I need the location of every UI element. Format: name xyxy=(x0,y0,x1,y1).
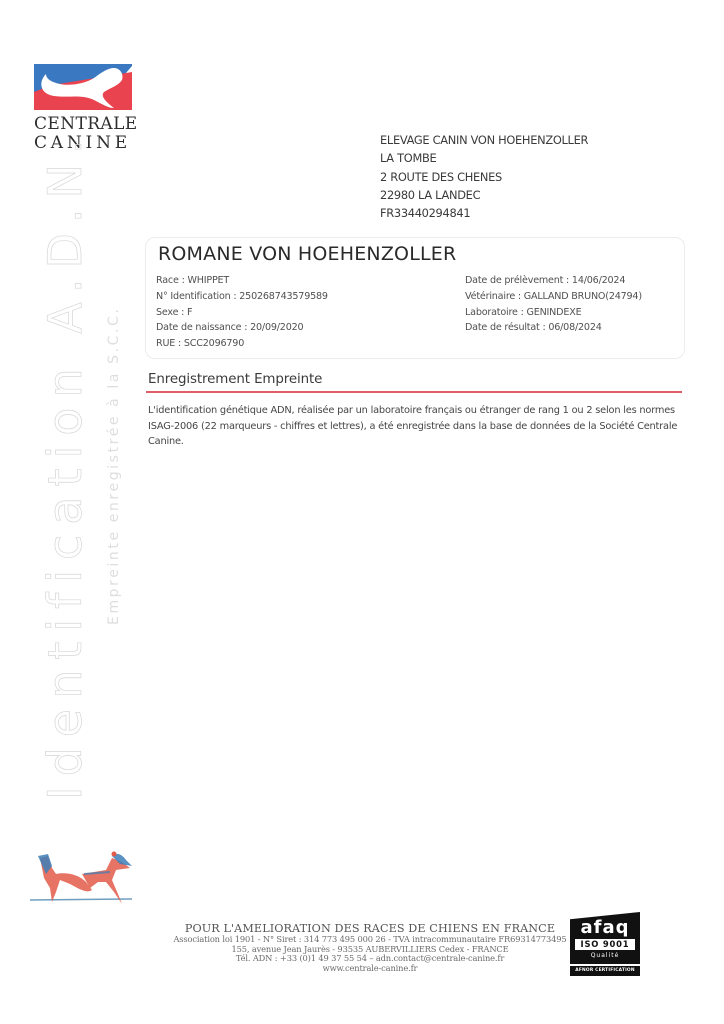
recipient-address: ELEVAGE CANIN VON HOEHENZOLLER LA TOMBE … xyxy=(380,131,588,222)
detail-date-resultat: Date de résultat : 06/08/2024 xyxy=(465,320,642,336)
detail-rue: RUE : SCC2096790 xyxy=(156,336,328,352)
detail-value: SCC2096790 xyxy=(184,338,244,349)
detail-label: N° Identification xyxy=(156,291,231,302)
detail-identification: N° Identification : 250268743579589 xyxy=(156,289,328,305)
detail-value: F xyxy=(187,307,192,318)
dog-details-right: Date de prélèvement : 14/06/2024 Vétérin… xyxy=(465,273,642,336)
iso-standard: ISO 9001 xyxy=(575,939,635,950)
dog-details-left: Race : WHIPPET N° Identification : 25026… xyxy=(156,273,328,352)
afaq-logo: afaq xyxy=(570,917,640,938)
detail-value: 20/09/2020 xyxy=(250,322,303,333)
detail-label: Laboratoire xyxy=(465,307,518,318)
address-line: LA TOMBE xyxy=(380,149,588,167)
leaping-dog-logo-icon xyxy=(34,64,132,110)
address-line: ELEVAGE CANIN VON HOEHENZOLLER xyxy=(380,131,588,149)
detail-label: Date de résultat xyxy=(465,322,540,333)
detail-value: GENINDEXE xyxy=(526,307,581,318)
detail-label: Date de naissance xyxy=(156,322,241,333)
dog-name: ROMANE VON HOEHENZOLLER xyxy=(158,243,456,265)
detail-value: WHIPPET xyxy=(187,275,229,286)
detail-sexe: Sexe : F xyxy=(156,305,328,321)
watermark-identification-adn: Identification A.D.N. xyxy=(38,160,92,800)
dog-details-card: ROMANE VON HOEHENZOLLER Race : WHIPPET N… xyxy=(145,237,685,359)
detail-label: RUE xyxy=(156,338,175,349)
afaq-iso-9001-badge: afaq ISO 9001 Qualité AFNOR CERTIFICATIO… xyxy=(570,912,640,976)
watermark-empreinte-enregistree: Empreinte enregistrée à la S.C.C. xyxy=(106,306,122,625)
detail-date-naissance: Date de naissance : 20/09/2020 xyxy=(156,320,328,336)
footer-contact: POUR L'AMELIORATION DES RACES DE CHIENS … xyxy=(165,922,575,973)
detail-label: Sexe xyxy=(156,307,178,318)
greyhounds-illustration-icon xyxy=(26,848,156,918)
address-line: 2 ROUTE DES CHENES xyxy=(380,168,588,186)
section-divider xyxy=(146,391,682,393)
address-line: 22980 LA LANDEC xyxy=(380,186,588,204)
registration-statement: L'identification génétique ADN, réalisée… xyxy=(148,403,688,450)
detail-label: Date de prélèvement xyxy=(465,275,563,286)
footer-website: www.centrale-canine.fr xyxy=(165,964,575,974)
detail-label: Race xyxy=(156,275,179,286)
detail-value: 14/06/2024 xyxy=(572,275,625,286)
quality-label: Qualité xyxy=(570,952,640,959)
detail-value: 250268743579589 xyxy=(239,291,328,302)
address-line: FR33440294841 xyxy=(380,204,588,222)
detail-value: GALLAND BRUNO(24794) xyxy=(524,291,642,302)
detail-laboratoire: Laboratoire : GENINDEXE xyxy=(465,305,642,321)
detail-label: Vétérinaire xyxy=(465,291,515,302)
section-title: Enregistrement Empreinte xyxy=(148,372,322,387)
detail-race: Race : WHIPPET xyxy=(156,273,328,289)
afnor-certification-label: AFNOR CERTIFICATION xyxy=(570,966,640,976)
detail-value: 06/08/2024 xyxy=(548,322,601,333)
detail-veterinaire: Vétérinaire : GALLAND BRUNO(24794) xyxy=(465,289,642,305)
detail-date-prelevement: Date de prélèvement : 14/06/2024 xyxy=(465,273,642,289)
